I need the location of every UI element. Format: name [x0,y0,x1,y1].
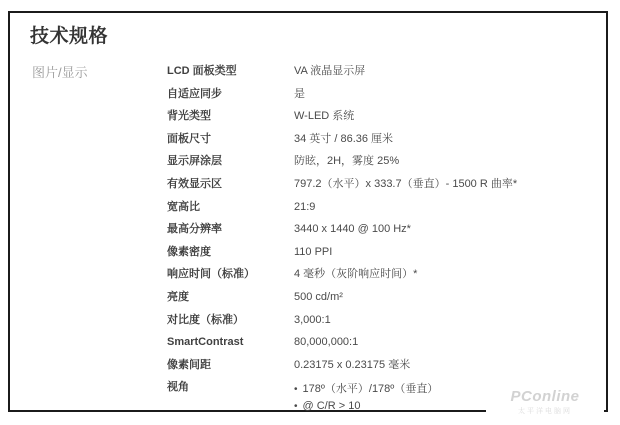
watermark-brand-logo: PConline [510,389,579,405]
spec-label: 自适应同步 [167,88,294,101]
spec-row: 面板尺寸 34 英寸 / 86.36 厘米 [167,133,597,156]
spec-label: 面板尺寸 [167,133,294,146]
bullet-icon: • [294,399,298,415]
spec-value: 110 PPI [294,246,332,259]
spec-row: LCD 面板类型 VA 液晶显示屏 [167,65,597,88]
spec-value: @ C/R > 10 [303,398,361,414]
spec-value: 178º（水平）/178º（垂直） [303,381,439,397]
sidebar-item-picture-display[interactable]: 图片/显示 [32,62,88,81]
spec-row: 响应时间（标准） 4 毫秒（灰阶响应时间）* [167,268,597,291]
spec-row: 自适应同步 是 [167,88,597,111]
pconline-watermark: PConline 太平洋电脑网 [486,381,604,424]
spec-label: 显示屏涂层 [167,155,294,168]
spec-value: 3440 x 1440 @ 100 Hz* [294,223,411,236]
spec-row: 背光类型 W-LED 系统 [167,110,597,133]
spec-row: 最高分辨率 3440 x 1440 @ 100 Hz* [167,223,597,246]
spec-label: 有效显示区 [167,178,294,191]
spec-value: 21:9 [294,201,315,214]
spec-row: 像素间距 0.23175 x 0.23175 毫米 [167,359,597,382]
spec-label: SmartContrast [167,336,294,349]
spec-value-list: • 178º（水平）/178º（垂直） • @ C/R > 10 [294,381,438,415]
spec-label: LCD 面板类型 [167,65,294,78]
spec-label: 宽高比 [167,201,294,214]
spec-row: 像素密度 110 PPI [167,246,597,269]
spec-label: 最高分辨率 [167,223,294,236]
spec-label: 像素密度 [167,246,294,259]
bullet-icon: • [294,382,298,398]
spec-value-bullet-line: • 178º（水平）/178º（垂直） [294,381,438,398]
spec-label: 亮度 [167,291,294,304]
spec-value: 0.23175 x 0.23175 毫米 [294,359,410,372]
spec-value: 500 cd/m² [294,291,343,304]
spec-table: LCD 面板类型 VA 液晶显示屏 自适应同步 是 背光类型 W-LED 系统 … [167,65,597,415]
spec-value: W-LED 系统 [294,110,354,123]
spec-value: 797.2（水平）x 333.7（垂直）- 1500 R 曲率* [294,178,517,191]
page-title: 技术规格 [30,21,108,48]
spec-row: 显示屏涂层 防眩，2H，雾度 25% [167,155,597,178]
spec-label: 像素间距 [167,359,294,372]
spec-value: 防眩，2H，雾度 25% [294,155,399,168]
spec-label: 响应时间（标准） [167,268,294,281]
spec-label: 视角 [167,381,294,394]
spec-section-container: 技术规格 图片/显示 LCD 面板类型 VA 液晶显示屏 自适应同步 是 背光类… [8,11,608,412]
spec-value: 34 英寸 / 86.36 厘米 [294,133,393,146]
spec-label: 对比度（标准） [167,314,294,327]
spec-value: 4 毫秒（灰阶响应时间）* [294,268,417,281]
spec-row: 亮度 500 cd/m² [167,291,597,314]
watermark-subtitle: 太平洋电脑网 [518,407,572,416]
spec-value: 3,000:1 [294,314,331,327]
spec-value: VA 液晶显示屏 [294,65,365,78]
spec-value: 是 [294,88,305,101]
spec-row: 有效显示区 797.2（水平）x 333.7（垂直）- 1500 R 曲率* [167,178,597,201]
spec-label: 背光类型 [167,110,294,123]
spec-page: 技术规格 图片/显示 LCD 面板类型 VA 液晶显示屏 自适应同步 是 背光类… [0,0,620,425]
spec-row: 对比度（标准） 3,000:1 [167,314,597,337]
spec-row: SmartContrast 80,000,000:1 [167,336,597,359]
spec-value: 80,000,000:1 [294,336,358,349]
spec-value-bullet-line: • @ C/R > 10 [294,398,438,415]
spec-row: 宽高比 21:9 [167,201,597,224]
